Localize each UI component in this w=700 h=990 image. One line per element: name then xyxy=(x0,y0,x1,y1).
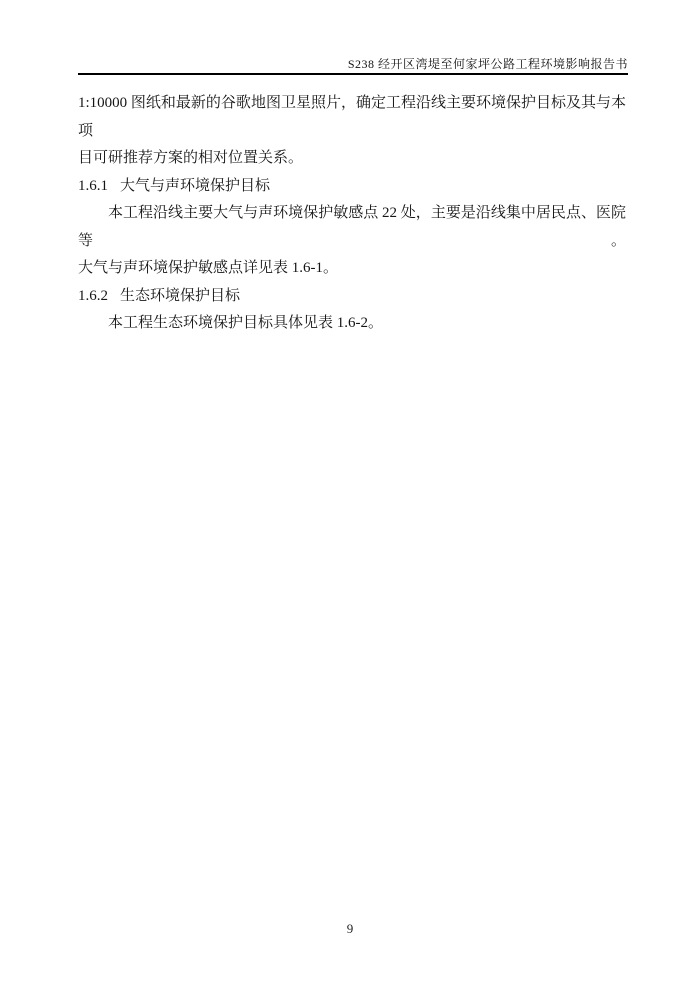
section-title: 生态环境保护目标 xyxy=(120,288,240,304)
section-heading-1-6-2: 1.6.2生态环境保护目标 xyxy=(78,283,626,311)
section-title: 大气与声环境保护目标 xyxy=(120,178,270,194)
paragraph-continuation-line-1: 1:10000 图纸和最新的谷歌地图卫星照片，确定工程沿线主要环境保护目标及其与… xyxy=(78,90,626,145)
section-number: 1.6.2 xyxy=(78,288,108,304)
page-number: 9 xyxy=(0,921,700,937)
running-header: S238 经开区湾堤至何家坪公路工程环境影响报告书 xyxy=(78,57,628,71)
section-1-6-1-paragraph-line-1: 本工程沿线主要大气与声环境保护敏感点 22 处，主要是沿线集中居民点、医院等。 xyxy=(78,200,626,255)
document-body: 1:10000 图纸和最新的谷歌地图卫星照片，确定工程沿线主要环境保护目标及其与… xyxy=(78,90,626,338)
section-1-6-1-paragraph-line-2: 大气与声环境保护敏感点详见表 1.6-1。 xyxy=(78,255,626,283)
section-1-6-2-paragraph-line-1: 本工程生态环境保护目标具体见表 1.6-2。 xyxy=(78,310,626,338)
section-number: 1.6.1 xyxy=(78,178,108,194)
paragraph-continuation-line-2: 目可研推荐方案的相对位置关系。 xyxy=(78,145,626,173)
document-page: S238 经开区湾堤至何家坪公路工程环境影响报告书 1:10000 图纸和最新的… xyxy=(0,0,700,990)
section-heading-1-6-1: 1.6.1大气与声环境保护目标 xyxy=(78,173,626,201)
header-rule xyxy=(78,73,628,75)
